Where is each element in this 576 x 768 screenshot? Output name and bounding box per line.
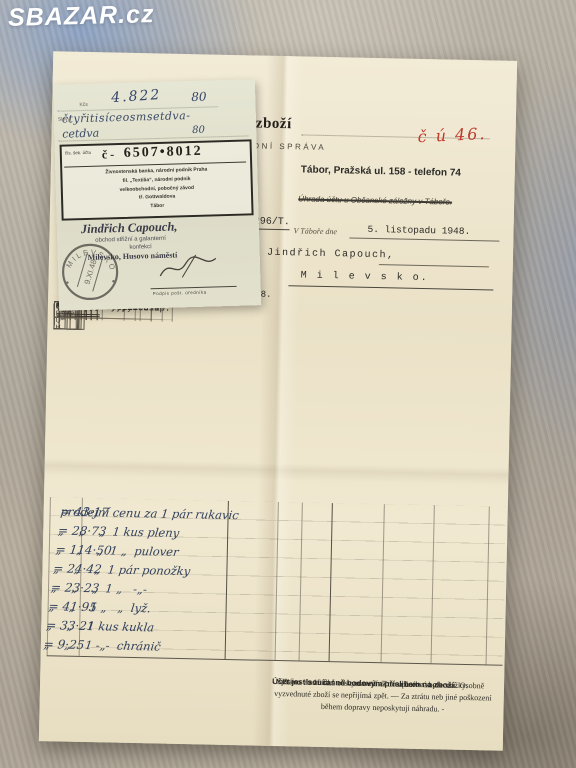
place-date-label: V Táboře dne	[293, 226, 337, 236]
amount-words-line1: čtyřitisíceosmsetdva-	[62, 109, 191, 126]
amount-words-line2: cetdva	[62, 127, 99, 141]
struck-through-bank-line: Úhrada účtu u Občanské záložny v Táboře.	[298, 194, 452, 206]
currency-label: Kčs	[79, 102, 88, 108]
merchant-stamp-line3: konfekcí	[129, 244, 152, 251]
customer-town-underline	[288, 285, 493, 290]
amount-numeric: 4.822	[111, 87, 162, 106]
amount-words-hellers: 80	[192, 125, 205, 136]
date-underline	[349, 237, 499, 241]
clerk-signature	[156, 252, 221, 282]
photo-background: SBAZAR.cz textilního zboží N · NÁRODNÍ S…	[0, 0, 576, 768]
bank-name-lines: Živnostenská banka, národní podnik Praha…	[66, 164, 247, 213]
customer-name: Jindřich Capouch,	[267, 248, 395, 262]
red-handwritten-account-note: č ú 46.	[417, 124, 487, 146]
customer-town: M i l e v s k o.	[301, 270, 429, 284]
signature-caption: Podpis pošt. úředníka	[153, 290, 207, 297]
postal-receipt: Kčs 4.822 80 Slovy čtyřitisíceosmsetdva-…	[53, 79, 261, 311]
account-c-label: č -	[102, 147, 115, 162]
account-side-label: čís. šek. účtu	[65, 150, 95, 156]
handwritten-notes: prodejní cenu za 1 pár rukavic= 43·17 „ …	[43, 501, 392, 660]
amount-hellers: 80	[191, 90, 207, 104]
merchant-stamp-name: Jindřich Capouch,	[81, 219, 178, 237]
invoice-date: 5. listopadu 1948.	[367, 224, 470, 237]
round-postmark-milevsko: MILEVSKO 9.XI.48	[59, 241, 121, 303]
bank-account-box: čís. šek. účtu č - 6507•8012 Živnostensk…	[60, 139, 254, 220]
company-address: Tábor, Pražská ul. 158 - telefon 74	[301, 164, 461, 178]
signature-underline	[151, 286, 237, 289]
account-number: 6507•8012	[124, 144, 203, 162]
sbazar-watermark: SBAZAR.cz	[8, 0, 155, 33]
terms-footer: Právo vlastnické zůstane mně až do úplné…	[50, 671, 494, 680]
customer-name-underline	[379, 264, 489, 267]
